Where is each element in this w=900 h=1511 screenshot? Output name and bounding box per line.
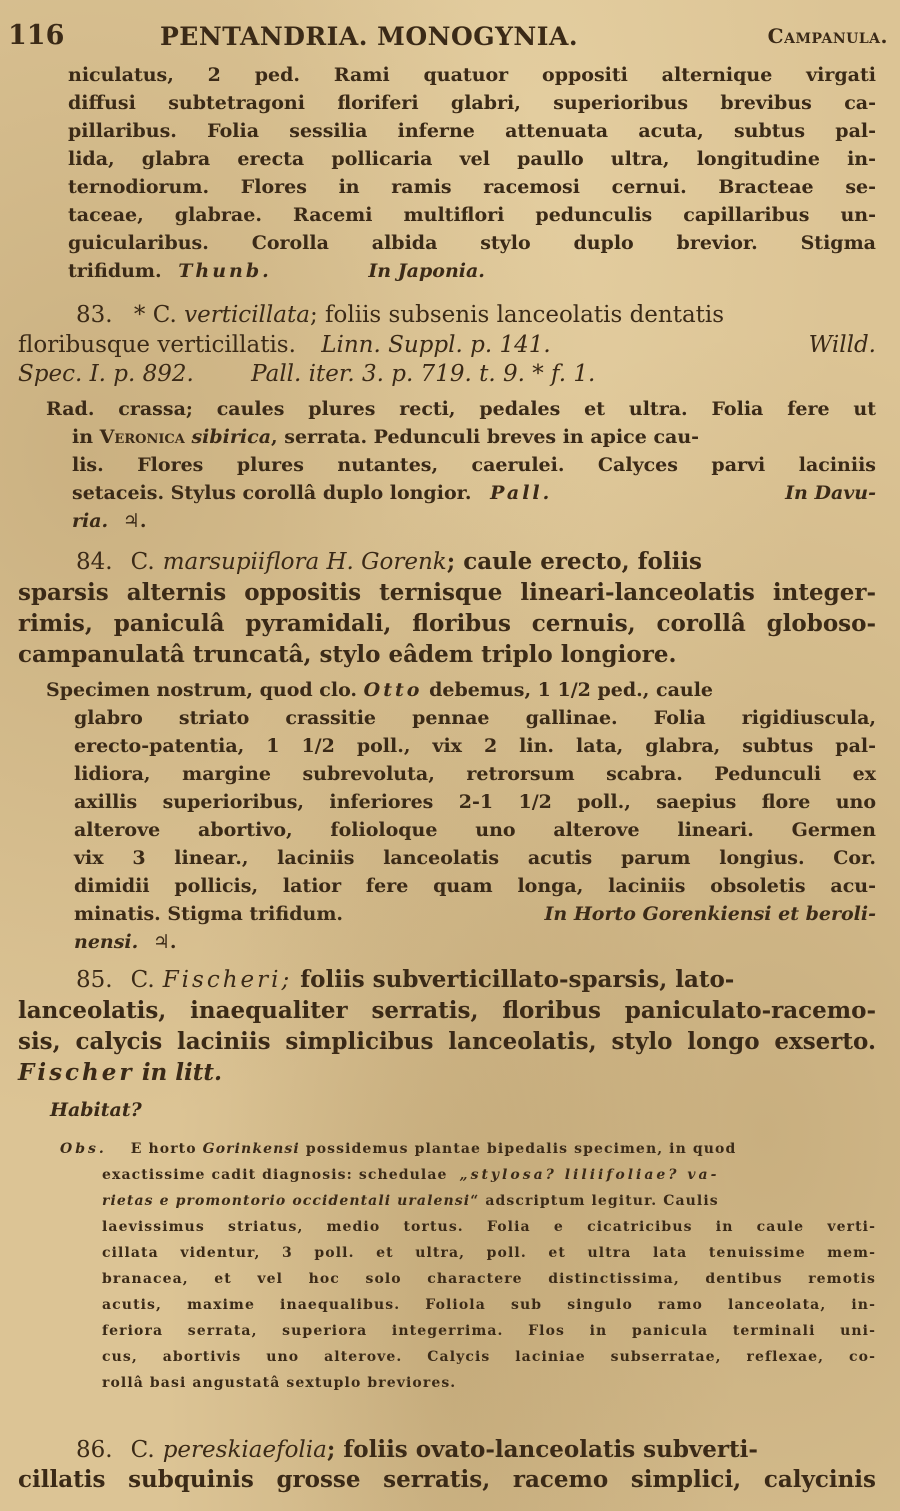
author-citation: Pall. <box>490 482 552 504</box>
description-line: axillis superioribus, inferiores 2-1 1/2… <box>74 791 876 813</box>
label-quote: „stylosa? liliifoliae? va- <box>460 1167 720 1183</box>
description-line: Specimen nostrum, quod clo. Otto debemus… <box>46 679 876 701</box>
description-line: vix 3 linear., laciniis lanceolatis acut… <box>74 847 876 869</box>
diagnosis-line: sparsis alternis oppositis ternisque lin… <box>18 579 876 606</box>
diagnosis-line: lanceolatis, inaequaliter serratis, flor… <box>18 997 876 1024</box>
reference: Willd. <box>809 332 876 358</box>
diagnosis-line: floribusque verticillatis. Linn. Suppl. … <box>18 332 876 358</box>
text-fragment: debemus, 1 1/2 ped., caule <box>429 679 713 701</box>
obs-line: Obs. E horto Gorinkensi possidemus plant… <box>60 1141 876 1157</box>
species-name: verticillata <box>184 302 310 328</box>
obs-line: cus, abortivis uno alterove. Calycis lac… <box>102 1349 876 1365</box>
authority-line: Fischer in litt. <box>18 1059 222 1086</box>
description-line: dimidii pollicis, latior fere quam longa… <box>74 875 876 897</box>
entry-number: 85. <box>76 967 113 993</box>
book-page: 116 PENTANDRIA. MONOGYNIA. Campanula. ni… <box>0 0 900 1511</box>
diagnosis-text: ; foliis ovato-lanceolatis subverti- <box>327 1436 758 1463</box>
locality: nensi. <box>74 931 138 953</box>
locality: In Japonia. <box>368 260 485 282</box>
text-line: trifidum. Thunb. In Japonia. <box>68 260 485 282</box>
text-line: niculatus, 2 ped. Rami quatuor oppositi … <box>68 64 876 86</box>
text-fragment: setaceis. Stylus corollâ duplo longior. <box>72 482 472 504</box>
text-fragment: minatis. Stigma trifidum. <box>74 903 343 925</box>
diagnosis-text: foliis subverticillato-sparsis, lato- <box>292 966 734 993</box>
text-fragment: trifidum. <box>68 260 162 282</box>
collector-name: Otto <box>364 679 423 701</box>
genus-abbrev: C. <box>131 967 155 993</box>
obs-line: acutis, maxime inaequalibus. Foliola sub… <box>102 1297 876 1313</box>
obs-line: rollâ basi angustatâ sextuplo breviores. <box>102 1375 456 1391</box>
description-line: lidiora, margine subrevoluta, retrorsum … <box>74 763 876 785</box>
diagnosis-line: sis, calycis laciniis simplicibus lanceo… <box>18 1028 876 1055</box>
genus-heading: Campanula. <box>768 24 888 48</box>
description-line: minatis. Stigma trifidum. In Horto Goren… <box>74 903 876 925</box>
perennial-symbol: ♃. <box>123 510 147 532</box>
running-head: PENTANDRIA. MONOGYNIA. <box>160 22 578 51</box>
diagnosis-text: ; foliis subsenis lanceolatis dentatis <box>310 302 724 328</box>
obs-label: Obs. <box>60 1141 107 1157</box>
obs-line: rietas e promontorio occidentali uralens… <box>102 1193 876 1209</box>
description-line: in Veronica sibirica, serrata. Pedunculi… <box>72 426 876 448</box>
text-fragment: Specimen nostrum, quod clo. <box>46 679 357 701</box>
authority-ref: in litt. <box>142 1059 222 1086</box>
obs-line: branacea, et vel hoc solo charactere dis… <box>102 1271 876 1287</box>
reference: Spec. I. p. 892. <box>18 361 194 387</box>
text-line: taceae, glabrae. Racemi multiflori pedun… <box>68 204 876 226</box>
obs-line: cillata videntur, 3 poll. et ultra, poll… <box>102 1245 876 1261</box>
diagnosis-text: floribusque verticillatis. <box>18 332 296 358</box>
perennial-symbol: ♃. <box>153 931 177 953</box>
species-name: marsupiiflora H. Gorenk <box>163 549 447 575</box>
genus-abbrev: C. <box>131 1437 155 1463</box>
entry-number: 86. <box>76 1437 113 1463</box>
species-name: pereskiaefolia <box>163 1437 327 1463</box>
text-line: diffusi subtetragoni floriferi glabri, s… <box>68 92 876 114</box>
page-header: 116 PENTANDRIA. MONOGYNIA. Campanula. <box>0 14 900 54</box>
habitat-line: Habitat? <box>50 1099 142 1121</box>
diagnosis-line: cillatis subquinis grosse serratis, race… <box>18 1466 876 1493</box>
author-citation: Thunb. <box>178 260 271 282</box>
genus-abbrev: C. <box>131 549 155 575</box>
locality: ria. <box>72 510 108 532</box>
text-line: lida, glabra erecta pollicaria vel paull… <box>68 148 876 170</box>
description-line: Rad. crassa; caules plures recti, pedale… <box>46 398 876 420</box>
description-line: glabro striato crassitie pennae gallinae… <box>74 707 876 729</box>
genus-ref: Veronica <box>100 426 185 448</box>
text-fragment: E horto <box>131 1141 197 1157</box>
reference: Linn. Suppl. p. 141. <box>321 332 550 358</box>
description-line: erecto-patentia, 1 1/2 poll., vix 2 lin.… <box>74 735 876 757</box>
label-quote: rietas e promontorio occidentali uralens… <box>102 1193 470 1209</box>
authority-name: Fischer <box>18 1059 135 1086</box>
diagnosis-line: rimis, paniculâ pyramidali, floribus cer… <box>18 610 876 637</box>
text-fragment: , serrata. Pedunculi breves in apice cau… <box>271 426 699 448</box>
species-ref: sibirica <box>191 426 271 448</box>
diagnosis-line: 86. C. pereskiaefolia; foliis ovato-lanc… <box>76 1436 876 1463</box>
entry-number: 84. <box>76 549 113 575</box>
diagnosis-line: 85. C. Fischeri; foliis subverticillato-… <box>76 966 876 993</box>
species-name: Fischeri; <box>163 967 293 993</box>
diagnosis-line: Spec. I. p. 892. Pall. iter. 3. p. 719. … <box>18 361 876 387</box>
diagnosis-line: 83. * C. verticillata; foliis subsenis l… <box>76 302 876 328</box>
genus-abbrev: * C. <box>134 302 177 328</box>
description-line: ria. ♃. <box>72 510 146 532</box>
diagnosis-line: campanulatâ truncatâ, stylo eâdem triplo… <box>18 641 676 668</box>
locality: In Davu- <box>785 482 876 504</box>
description-line: alterove abortivo, folioloque uno altero… <box>74 819 876 841</box>
obs-line: laevissimus striatus, medio tortus. Foli… <box>102 1219 876 1235</box>
text-line: pillaribus. Folia sessilia inferne atten… <box>68 120 876 142</box>
text-fragment: in <box>72 426 93 448</box>
text-fragment: possidemus plantae bipedalis specimen, i… <box>306 1141 737 1157</box>
description-line: setaceis. Stylus corollâ duplo longior. … <box>72 482 876 504</box>
text-line: ternodiorum. Flores in ramis racemosi ce… <box>68 176 876 198</box>
reference: Pall. iter. 3. p. 719. t. 9. * f. 1. <box>251 361 595 387</box>
habitat-text: Habitat? <box>50 1099 142 1121</box>
text-line: guicularibus. Corolla albida stylo duplo… <box>68 232 876 254</box>
text-fragment: exactissime cadit diagnosis: schedulae <box>102 1167 448 1183</box>
description-line: nensi. ♃. <box>74 931 177 953</box>
diagnosis-line: 84. C. marsupiiflora H. Gorenk; caule er… <box>76 548 876 575</box>
text-fragment: “ adscriptum legitur. Caulis <box>470 1193 719 1209</box>
obs-line: feriora serrata, superiora integerrima. … <box>102 1323 876 1339</box>
locality: In Horto Gorenkiensi et beroli- <box>545 903 877 925</box>
page-number: 116 <box>8 20 64 51</box>
description-line: lis. Flores plures nutantes, caerulei. C… <box>72 454 876 476</box>
diagnosis-text: ; caule erecto, foliis <box>447 548 702 575</box>
entry-number: 83. <box>76 302 113 328</box>
locality-ref: Gorinkensi <box>203 1141 300 1157</box>
obs-line: exactissime cadit diagnosis: schedulae „… <box>102 1167 876 1183</box>
